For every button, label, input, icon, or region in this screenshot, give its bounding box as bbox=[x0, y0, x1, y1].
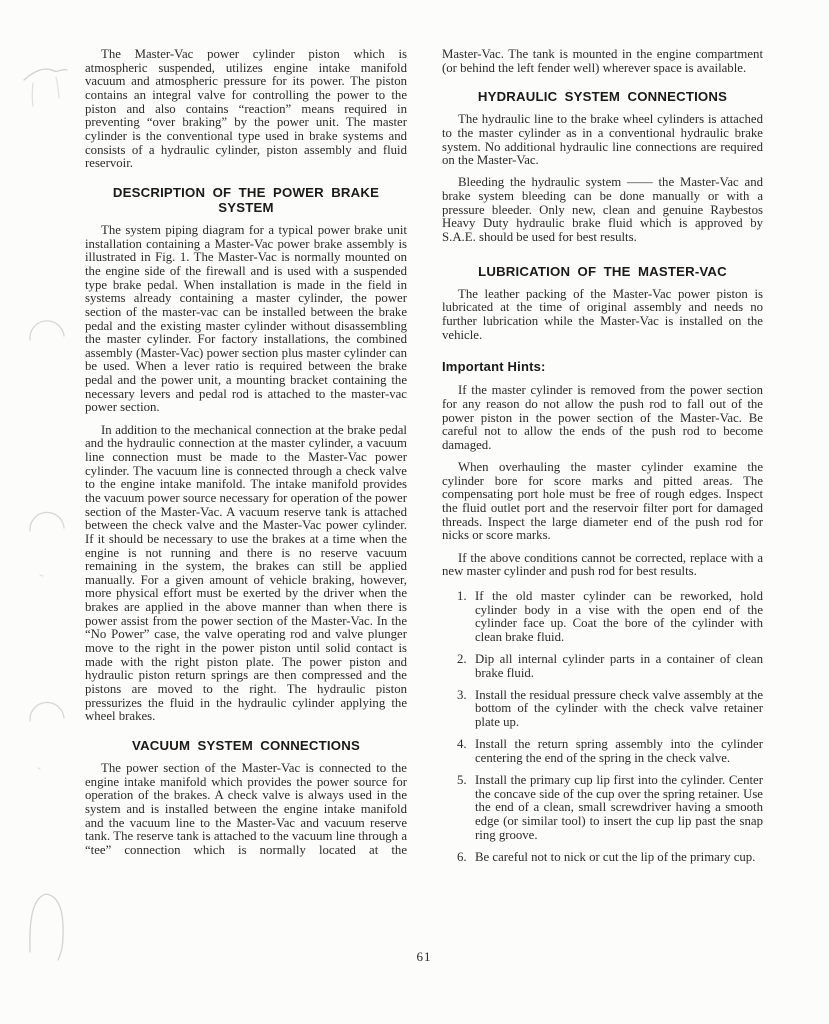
list-item-text: Install the return spring assembly into … bbox=[475, 738, 763, 765]
text-columns: The Master-Vac power cylinder piston whi… bbox=[85, 48, 763, 873]
list-item: 1. If the old master cylinder can be rew… bbox=[442, 590, 763, 645]
list-item: 6. Be careful not to nick or cut the lip… bbox=[442, 851, 763, 865]
list-item-text: If the old master cylinder can be rework… bbox=[475, 590, 763, 645]
rework-steps-list: 1. If the old master cylinder can be rew… bbox=[442, 590, 763, 865]
paragraph-leather-packing: The leather packing of the Master-Vac po… bbox=[442, 288, 763, 343]
paragraph-system-piping: The system piping diagram for a typical … bbox=[85, 224, 407, 415]
paragraph-above-conditions: If the above conditions cannot be correc… bbox=[442, 552, 763, 579]
heading-description-of-power-brake-system: DESCRIPTION OF THE POWER BRAKE SYSTEM bbox=[85, 185, 407, 215]
list-item-number: 3. bbox=[457, 689, 475, 730]
paragraph-tank-mounted-continuation: Master-Vac. The tank is mounted in the e… bbox=[442, 48, 763, 75]
list-item-text: Install the residual pressure check valv… bbox=[475, 689, 763, 730]
heading-hydraulic-system-connections: HYDRAULIC SYSTEM CONNECTIONS bbox=[442, 89, 763, 104]
paragraph-in-addition: In addition to the mechanical connection… bbox=[85, 424, 407, 724]
page-number: 61 bbox=[85, 949, 763, 965]
heading-vacuum-system-connections: VACUUM SYSTEM CONNECTIONS bbox=[85, 738, 407, 753]
list-item-number: 5. bbox=[457, 774, 475, 842]
paragraph-overhauling: When overhauling the master cylinder exa… bbox=[442, 461, 763, 543]
paragraph-hydraulic-line: The hydraulic line to the brake wheel cy… bbox=[442, 113, 763, 168]
manual-page: The Master-Vac power cylinder piston whi… bbox=[0, 0, 829, 1024]
paragraph-bleeding: Bleeding the hydraulic system —— the Mas… bbox=[442, 176, 763, 244]
list-item: 5. Install the primary cup lip first int… bbox=[442, 774, 763, 842]
list-item-number: 4. bbox=[457, 738, 475, 765]
list-item-text: Install the primary cup lip first into t… bbox=[475, 774, 763, 842]
binding-ring-marks bbox=[0, 0, 80, 1024]
left-column: The Master-Vac power cylinder piston whi… bbox=[85, 48, 407, 873]
list-item: 3. Install the residual pressure check v… bbox=[442, 689, 763, 730]
list-item-number: 2. bbox=[457, 653, 475, 680]
heading-lubrication-of-master-vac: LUBRICATION OF THE MASTER-VAC bbox=[442, 264, 763, 279]
list-item-number: 1. bbox=[457, 590, 475, 645]
list-item: 4. Install the return spring assembly in… bbox=[442, 738, 763, 765]
paragraph-master-cylinder-removed: If the master cylinder is removed from t… bbox=[442, 384, 763, 452]
paragraph-master-vac-intro: The Master-Vac power cylinder piston whi… bbox=[85, 48, 407, 171]
subheading-important-hints: Important Hints: bbox=[442, 359, 763, 374]
list-item-text: Dip all internal cylinder parts in a con… bbox=[475, 653, 763, 680]
paragraph-power-section: The power section of the Master-Vac is c… bbox=[85, 762, 407, 858]
list-item-number: 6. bbox=[457, 851, 475, 865]
right-column: Master-Vac. The tank is mounted in the e… bbox=[442, 48, 763, 873]
list-item: 2. Dip all internal cylinder parts in a … bbox=[442, 653, 763, 680]
list-item-text: Be careful not to nick or cut the lip of… bbox=[475, 851, 763, 865]
